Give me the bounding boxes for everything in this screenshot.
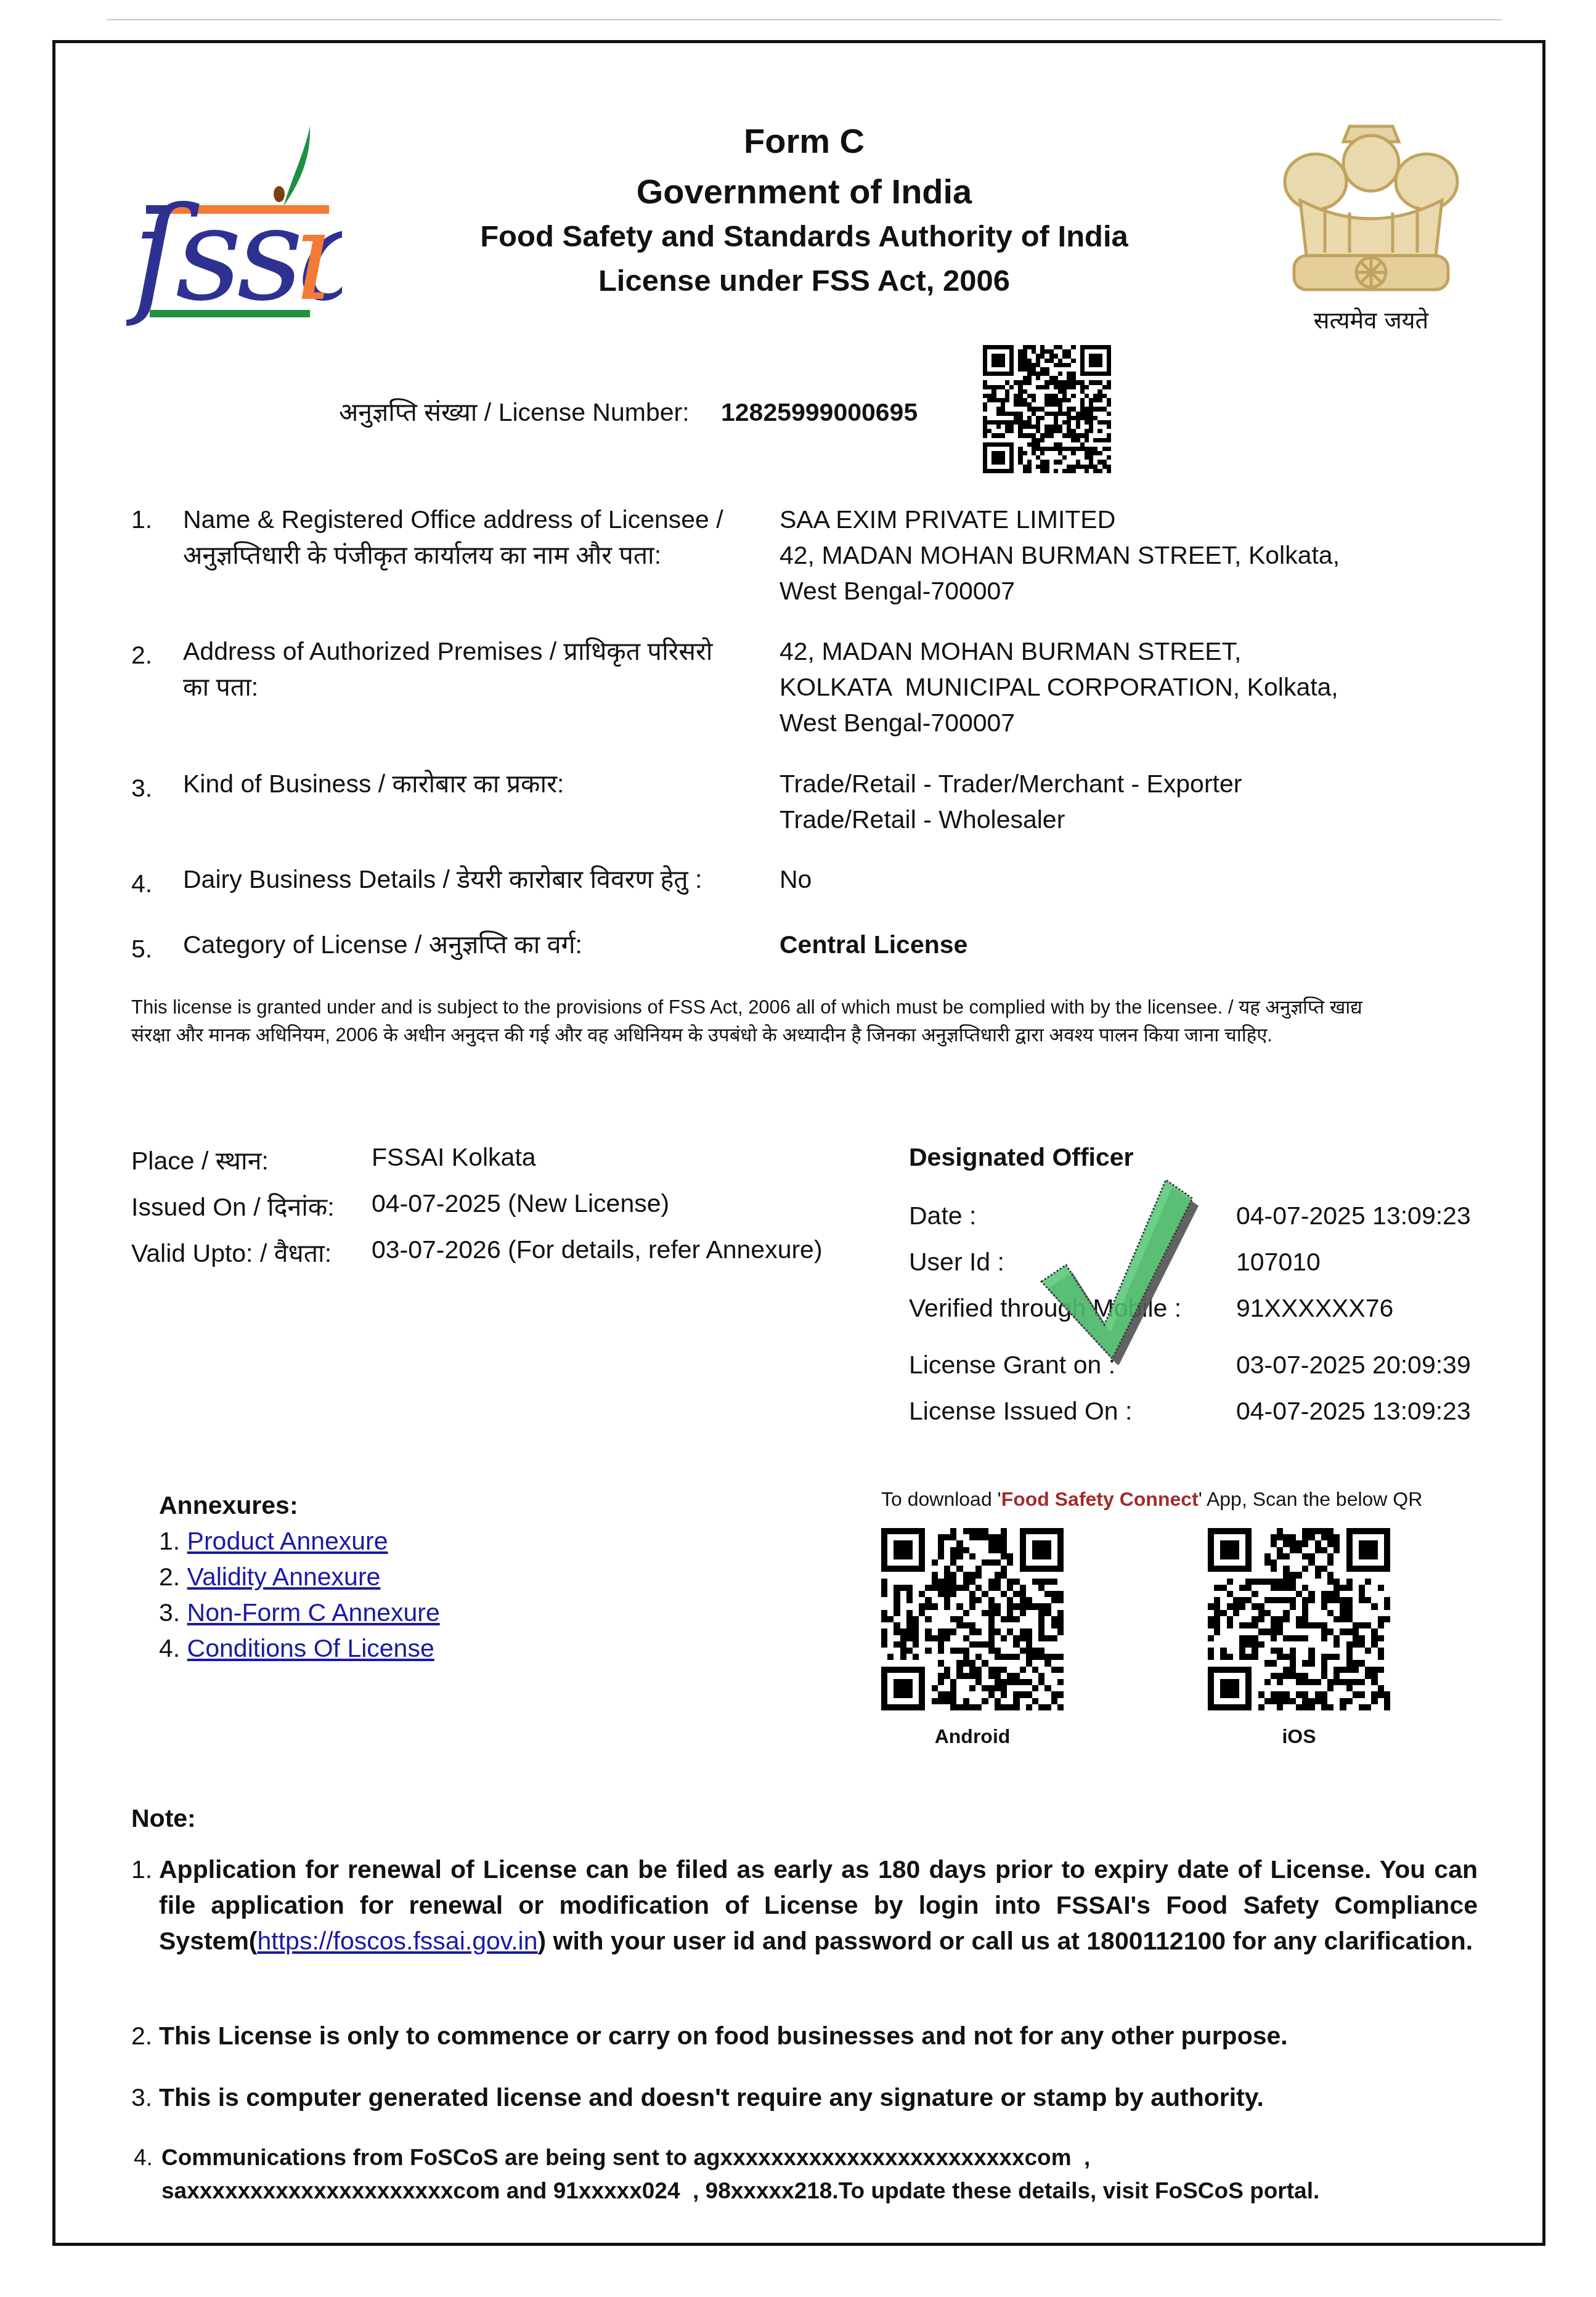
ios-app-qr[interactable] <box>1208 1528 1390 1710</box>
app-note-prefix: To download ' <box>881 1488 1001 1510</box>
verified-mobile-value: 91XXXXXX76 <box>1236 1294 1393 1323</box>
android-label: Android <box>881 1725 1064 1748</box>
license-disclaimer: This license is granted under and is sub… <box>131 993 1364 1049</box>
item-value-business-kind: Trade/Retail - Trader/Merchant - Exporte… <box>780 766 1488 837</box>
officer-date-value: 04-07-2025 13:09:23 <box>1236 1201 1471 1230</box>
licensee-address-line: West Bengal-700007 <box>780 573 1488 609</box>
form-title: Form C <box>431 121 1177 161</box>
annexure-number: 4. <box>159 1634 180 1662</box>
validity-annexure-link[interactable]: Validity Annexure <box>187 1563 381 1591</box>
note-number: 1. <box>131 1852 152 1887</box>
item-value-licensee: SAA EXIM PRIVATE LIMITED 42, MADAN MOHAN… <box>780 502 1488 609</box>
page-top-rule <box>107 19 1502 20</box>
note-number: 3. <box>131 2079 152 2115</box>
license-issued-value: 04-07-2025 13:09:23 <box>1236 1397 1471 1426</box>
licensee-name: SAA EXIM PRIVATE LIMITED <box>780 502 1488 537</box>
android-app-qr[interactable] <box>881 1528 1064 1710</box>
note-number: 4. <box>134 2141 153 2174</box>
annexures-title: Annexures: <box>159 1491 298 1520</box>
note-item-computer-generated: 3.This is computer generated license and… <box>159 2079 1478 2115</box>
foscos-link[interactable]: https://foscos.fssai.gov.in <box>258 1927 538 1955</box>
license-number-row: अनुज्ञप्ति संख्या / License Number: 1282… <box>339 394 918 429</box>
national-emblem: सत्यमेव जयते <box>1257 114 1485 336</box>
officer-user-id-label: User Id : <box>909 1248 1004 1277</box>
app-name: Food Safety Connect <box>1001 1488 1199 1510</box>
note-item-renewal: 1.Application for renewal of License can… <box>159 1852 1478 1959</box>
item-number: 5. <box>131 935 152 964</box>
note-text: Communications from FoSCoS are being sen… <box>161 2145 1319 2203</box>
item-label-dairy: Dairy Business Details / डेयरी कारोबार व… <box>183 861 738 897</box>
annexure-item: 3. Non-Form C Annexure <box>159 1598 440 1627</box>
license-number: 12825999000695 <box>721 398 918 426</box>
premises-address-line: KOLKATA MUNICIPAL CORPORATION, Kolkata, <box>780 669 1488 705</box>
business-kind-line: Trade/Retail - Trader/Merchant - Exporte… <box>780 766 1488 802</box>
lion-capital-icon <box>1257 114 1485 299</box>
fssai-logo: ſssa ı <box>126 114 342 330</box>
note-text: ) with your user id and password or call… <box>538 1927 1473 1955</box>
note-item-purpose: 2.This License is only to commence or ca… <box>159 2018 1478 2054</box>
annexure-item: 2. Validity Annexure <box>159 1563 380 1592</box>
svg-text:ı: ı <box>293 185 332 328</box>
annexure-item: 1. Product Annexure <box>159 1527 388 1556</box>
valid-upto-value: 03-07-2026 (For details, refer Annexure) <box>372 1235 823 1264</box>
license-grant-value: 03-07-2025 20:09:39 <box>1236 1351 1471 1380</box>
officer-date-label: Date : <box>909 1201 976 1230</box>
note-title: Note: <box>131 1804 196 1833</box>
note-number: 2. <box>131 2018 152 2054</box>
item-number: 3. <box>131 774 152 803</box>
non-form-c-annexure-link[interactable]: Non-Form C Annexure <box>187 1598 440 1627</box>
act-title: License under FSS Act, 2006 <box>431 264 1177 298</box>
item-label-premises: Address of Authorized Premises / प्राधिक… <box>183 633 713 705</box>
ios-label: iOS <box>1208 1725 1390 1748</box>
app-note-suffix: ' App, Scan the below QR <box>1199 1488 1423 1510</box>
place-label: Place / स्थान: <box>131 1143 269 1177</box>
emblem-motto: सत्यमेव जयते <box>1257 304 1485 336</box>
annexure-number: 1. <box>159 1527 180 1555</box>
license-qr-code[interactable] <box>983 345 1111 473</box>
item-value-category: Central License <box>780 927 1488 962</box>
authority-title: Food Safety and Standards Authority of I… <box>431 219 1177 254</box>
premises-address-line: 42, MADAN MOHAN BURMAN STREET, <box>780 633 1488 669</box>
qr-code-icon <box>881 1528 1064 1710</box>
qr-code-icon <box>983 345 1111 473</box>
note-text: This is computer generated license and d… <box>159 2083 1264 2112</box>
item-label-business-kind: Kind of Business / कारोबार का प्रकार: <box>183 766 738 802</box>
note-text: This License is only to commence or carr… <box>159 2022 1288 2050</box>
note-item-communications: 4.Communications from FoSCoS are being s… <box>161 2141 1332 2208</box>
verified-checkmark-icon <box>1023 1174 1214 1365</box>
business-kind-line: Trade/Retail - Wholesaler <box>780 802 1488 837</box>
issued-on-value: 04-07-2025 (New License) <box>372 1189 669 1218</box>
premises-address-line: West Bengal-700007 <box>780 705 1488 741</box>
officer-user-id-value: 107010 <box>1236 1248 1321 1277</box>
item-value-premises: 42, MADAN MOHAN BURMAN STREET, KOLKATA M… <box>780 633 1488 741</box>
license-number-label: अनुज्ञप्ति संख्या / License Number: <box>339 398 690 426</box>
qr-code-icon <box>1208 1528 1390 1710</box>
annexure-number: 2. <box>159 1563 180 1591</box>
item-label-category: Category of License / अनुज्ञप्ति का वर्ग… <box>183 927 738 962</box>
item-number: 1. <box>131 505 152 534</box>
license-issued-label: License Issued On : <box>909 1397 1132 1426</box>
licensee-address-line: 42, MADAN MOHAN BURMAN STREET, Kolkata, <box>780 537 1488 573</box>
product-annexure-link[interactable]: Product Annexure <box>187 1527 388 1555</box>
designated-officer-title: Designated Officer <box>909 1143 1134 1172</box>
item-value-dairy: No <box>780 861 1488 897</box>
conditions-of-license-link[interactable]: Conditions Of License <box>187 1634 434 1662</box>
valid-upto-label: Valid Upto: / वैधता: <box>131 1235 332 1270</box>
issued-on-label: Issued On / दिनांक: <box>131 1189 335 1224</box>
annexure-number: 3. <box>159 1598 180 1627</box>
item-number: 2. <box>131 641 152 670</box>
app-download-note: To download 'Food Safety Connect' App, S… <box>881 1488 1422 1511</box>
item-number: 4. <box>131 869 152 898</box>
annexure-item: 4. Conditions Of License <box>159 1634 434 1663</box>
government-title: Government of India <box>431 171 1177 211</box>
item-label-licensee: Name & Registered Office address of Lice… <box>183 502 738 573</box>
place-value: FSSAI Kolkata <box>372 1143 536 1172</box>
